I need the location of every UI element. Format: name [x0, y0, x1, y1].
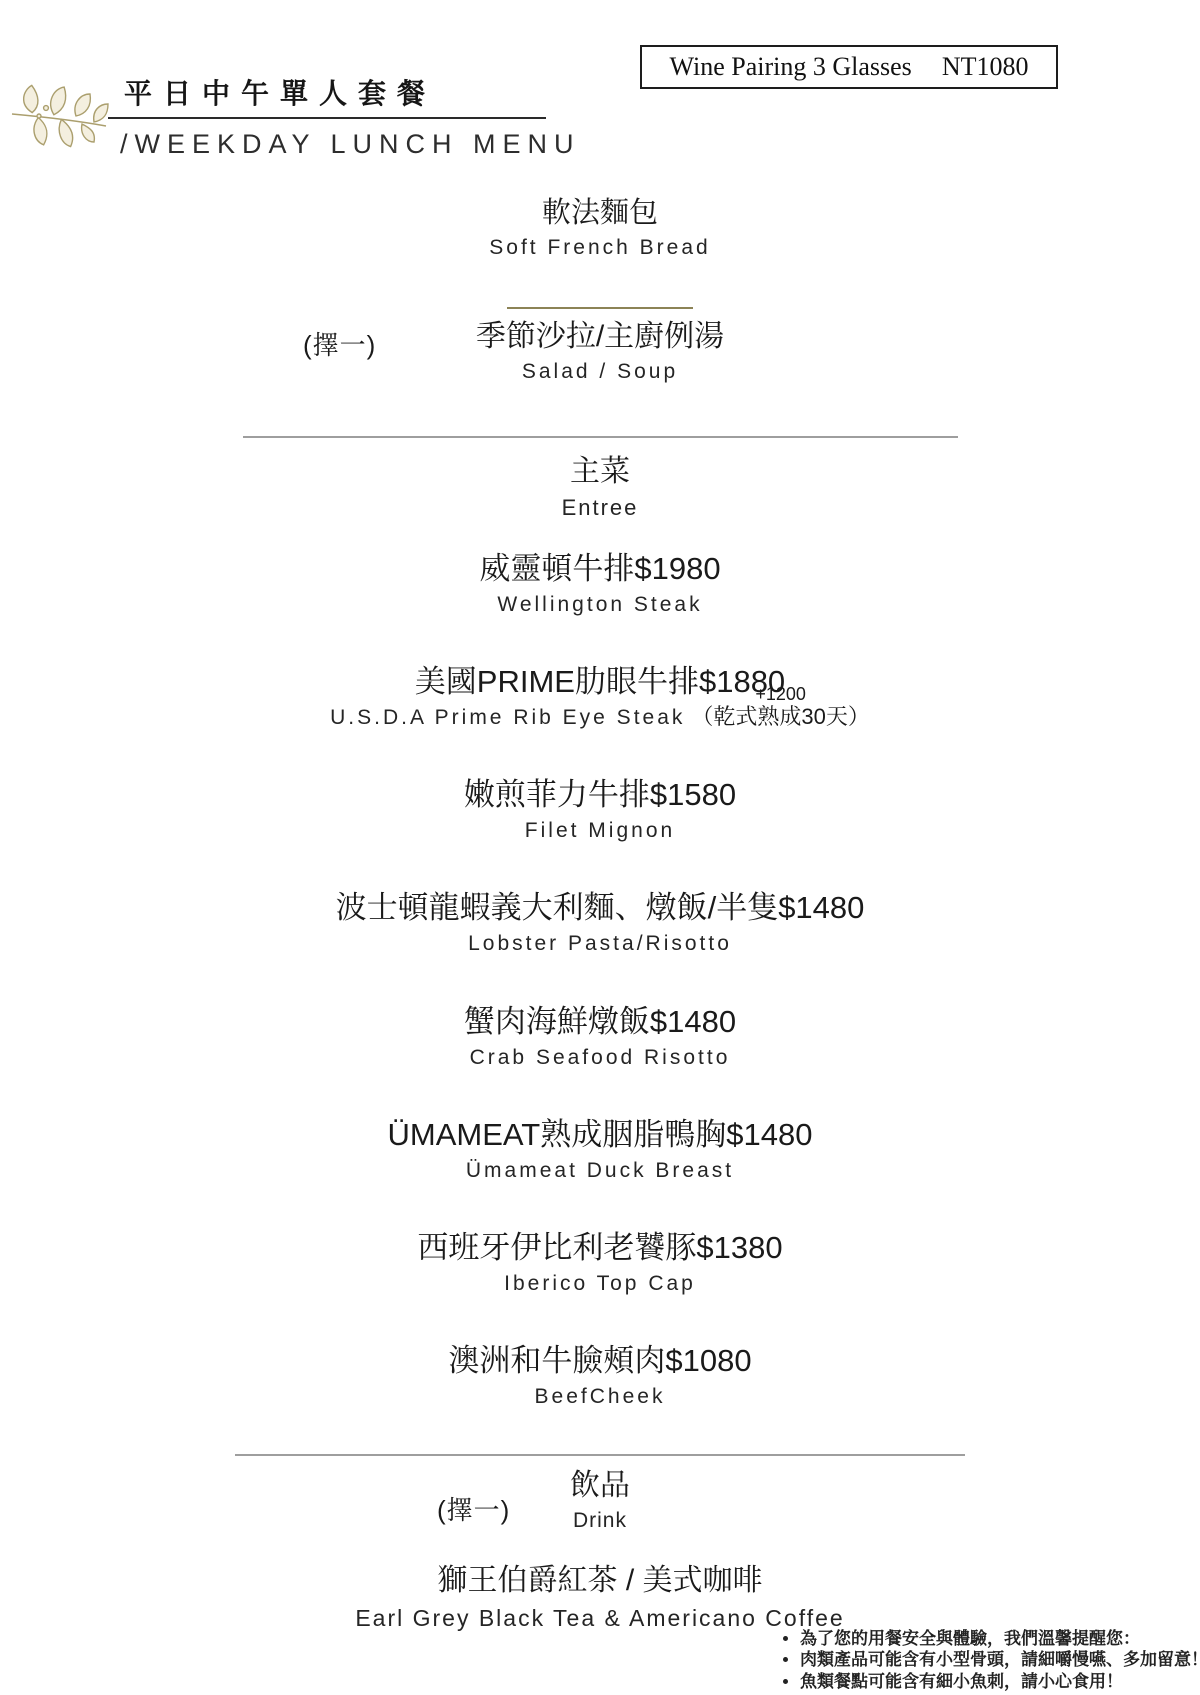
dry-aged-note: （乾式熟成30天） — [691, 704, 869, 729]
item-name-cjk: 波士頓龍蝦義大利麵、燉飯/半隻$1480 — [25, 887, 1175, 929]
footer-note: 為了您的用餐安全與體驗，我們溫馨提醒您： — [800, 1628, 1197, 1649]
surcharge-label: +1200 — [755, 682, 806, 707]
item-name-cjk: 獅王伯爵紅茶 / 美式咖啡 — [25, 1561, 1175, 1602]
menu-page: 平日中午單人套餐 /WEEKDAY LUNCH MENU Wine Pairin… — [0, 0, 1200, 1695]
gold-divider — [507, 307, 693, 309]
entree-header-en: Entree — [25, 493, 1175, 524]
item-name-en: Lobster Pasta/Risotto — [25, 929, 1175, 958]
footer-safety-notes: 為了您的用餐安全與體驗，我們溫馨提醒您： 肉類產品可能含有小型骨頭，請細嚼慢嚥、… — [782, 1628, 1197, 1692]
dry-aged-note-wrap: +1200 （乾式熟成30天） — [691, 703, 869, 732]
menu-item-beef-cheek: 澳洲和牛臉頰肉$1080 BeefCheek — [25, 1340, 1175, 1411]
section-divider — [235, 1454, 965, 1456]
section-divider — [243, 436, 958, 438]
leaf-branch-icon — [6, 80, 110, 158]
choose-one-label: (擇一) — [437, 1490, 510, 1527]
starter-name-cjk: 季節沙拉/主廚例湯 — [25, 317, 1175, 358]
title-underline — [108, 117, 546, 119]
item-name-en: Ümameat Duck Breast — [25, 1156, 1175, 1185]
entree-section-header: 主菜 Entree — [25, 452, 1175, 523]
item-name-cjk: 西班牙伊比利老饕豚$1380 — [25, 1227, 1175, 1269]
item-name-cjk: ÜMAMEAT熟成胭脂鴨胸$1480 — [25, 1114, 1175, 1156]
drink-header-cjk: 飲品 — [25, 1466, 1175, 1507]
footer-note: 魚類餐點可能含有細小魚刺，請小心食用！ — [800, 1671, 1197, 1692]
menu-item-prime-ribeye: 美國PRIME肋眼牛排$1880 U.S.D.A Prime Rib Eye S… — [25, 661, 1175, 732]
bread-name-cjk: 軟法麵包 — [25, 194, 1175, 233]
item-name-en: Crab Seafood Risotto — [25, 1043, 1175, 1072]
item-name-cjk: 澳洲和牛臉頰肉$1080 — [25, 1340, 1175, 1382]
menu-item-lobster: 波士頓龍蝦義大利麵、燉飯/半隻$1480 Lobster Pasta/Risot… — [25, 887, 1175, 958]
entree-list: 威靈頓牛排$1980 Wellington Steak 美國PRIME肋眼牛排$… — [25, 548, 1175, 1412]
drink-header-en: Drink — [25, 1506, 1175, 1535]
wine-pairing-price: NT1080 — [942, 52, 1029, 82]
item-name-en: U.S.D.A Prime Rib Eye Steak +1200 （乾式熟成3… — [25, 703, 1175, 732]
bread-course: 軟法麵包 Soft French Bread — [25, 194, 1175, 263]
wine-pairing-label: Wine Pairing 3 Glasses — [670, 52, 912, 82]
page-title-cjk: 平日中午單人套餐 — [124, 72, 436, 112]
bread-name-en: Soft French Bread — [25, 233, 1175, 262]
page-title-en: /WEEKDAY LUNCH MENU — [120, 129, 581, 160]
menu-item-wellington: 威靈頓牛排$1980 Wellington Steak — [25, 548, 1175, 619]
choose-one-label: (擇一) — [303, 325, 376, 362]
item-name-cjk: 威靈頓牛排$1980 — [25, 548, 1175, 590]
drink-section-header: (擇一) 飲品 Drink — [25, 1466, 1175, 1536]
menu-item-crab-risotto: 蟹肉海鮮燉飯$1480 Crab Seafood Risotto — [25, 1001, 1175, 1072]
item-name-cjk: 美國PRIME肋眼牛排$1880 — [25, 661, 1175, 703]
menu-item-iberico: 西班牙伊比利老饕豚$1380 Iberico Top Cap — [25, 1227, 1175, 1298]
entree-header-cjk: 主菜 — [25, 452, 1175, 493]
starter-name-en: Salad / Soup — [25, 357, 1175, 386]
starter-course: (擇一) 季節沙拉/主廚例湯 Salad / Soup — [25, 317, 1175, 387]
footer-note: 肉類產品可能含有小型骨頭，請細嚼慢嚥、多加留意！ — [800, 1649, 1197, 1670]
item-name-cjk: 蟹肉海鮮燉飯$1480 — [25, 1001, 1175, 1043]
item-name-en: Wellington Steak — [25, 590, 1175, 619]
menu-item-drinks: 獅王伯爵紅茶 / 美式咖啡 Earl Grey Black Tea & Amer… — [25, 1561, 1175, 1634]
item-en-text: U.S.D.A Prime Rib Eye Steak — [330, 703, 685, 732]
item-name-en: Filet Mignon — [25, 816, 1175, 845]
item-name-en: BeefCheek — [25, 1382, 1175, 1411]
menu-item-filet-mignon: 嫩煎菲力牛排$1580 Filet Mignon — [25, 774, 1175, 845]
menu-column: 軟法麵包 Soft French Bread (擇一) 季節沙拉/主廚例湯 Sa… — [25, 182, 1175, 1634]
wine-pairing-box: Wine Pairing 3 Glasses NT1080 — [640, 45, 1058, 89]
menu-item-duck-breast: ÜMAMEAT熟成胭脂鴨胸$1480 Ümameat Duck Breast — [25, 1114, 1175, 1185]
item-name-en: Iberico Top Cap — [25, 1269, 1175, 1298]
item-name-cjk: 嫩煎菲力牛排$1580 — [25, 774, 1175, 816]
